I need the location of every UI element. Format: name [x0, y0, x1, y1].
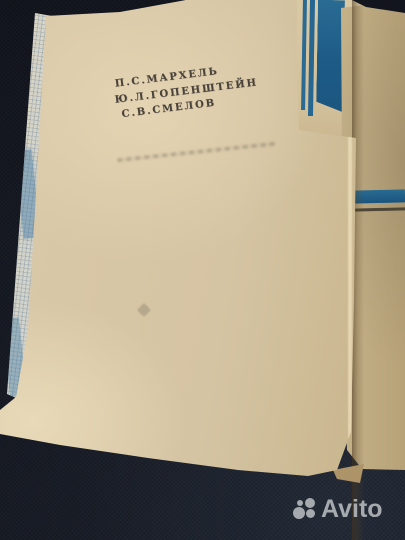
cover-blue-block	[316, 0, 345, 112]
avito-watermark: Avito	[291, 495, 383, 523]
cover-thin-stripe-2	[308, 0, 315, 116]
book-photo-scene: П.С.МАРХЕЛЬ Ю.Л.ГОПЕНШТЕЙН С.В.СМЕЛОВ Av…	[0, 0, 405, 540]
avito-logo-icon	[291, 495, 318, 523]
cover-thin-stripe-1	[301, 0, 307, 110]
show-through-text-smudge	[117, 142, 275, 162]
faint-diamond-mark	[137, 303, 151, 317]
avito-logo-dot-large	[293, 507, 305, 519]
avito-logo-dot-small	[297, 500, 303, 506]
avito-watermark-label: Avito	[321, 495, 383, 523]
avito-logo-dot-medium-top	[305, 498, 315, 508]
page-edge-highlight	[348, 132, 352, 438]
avito-logo-dot-medium-bottom	[306, 509, 315, 518]
author-names-block: П.С.МАРХЕЛЬ Ю.Л.ГОПЕНШТЕЙН С.В.СМЕЛОВ	[112, 59, 261, 123]
